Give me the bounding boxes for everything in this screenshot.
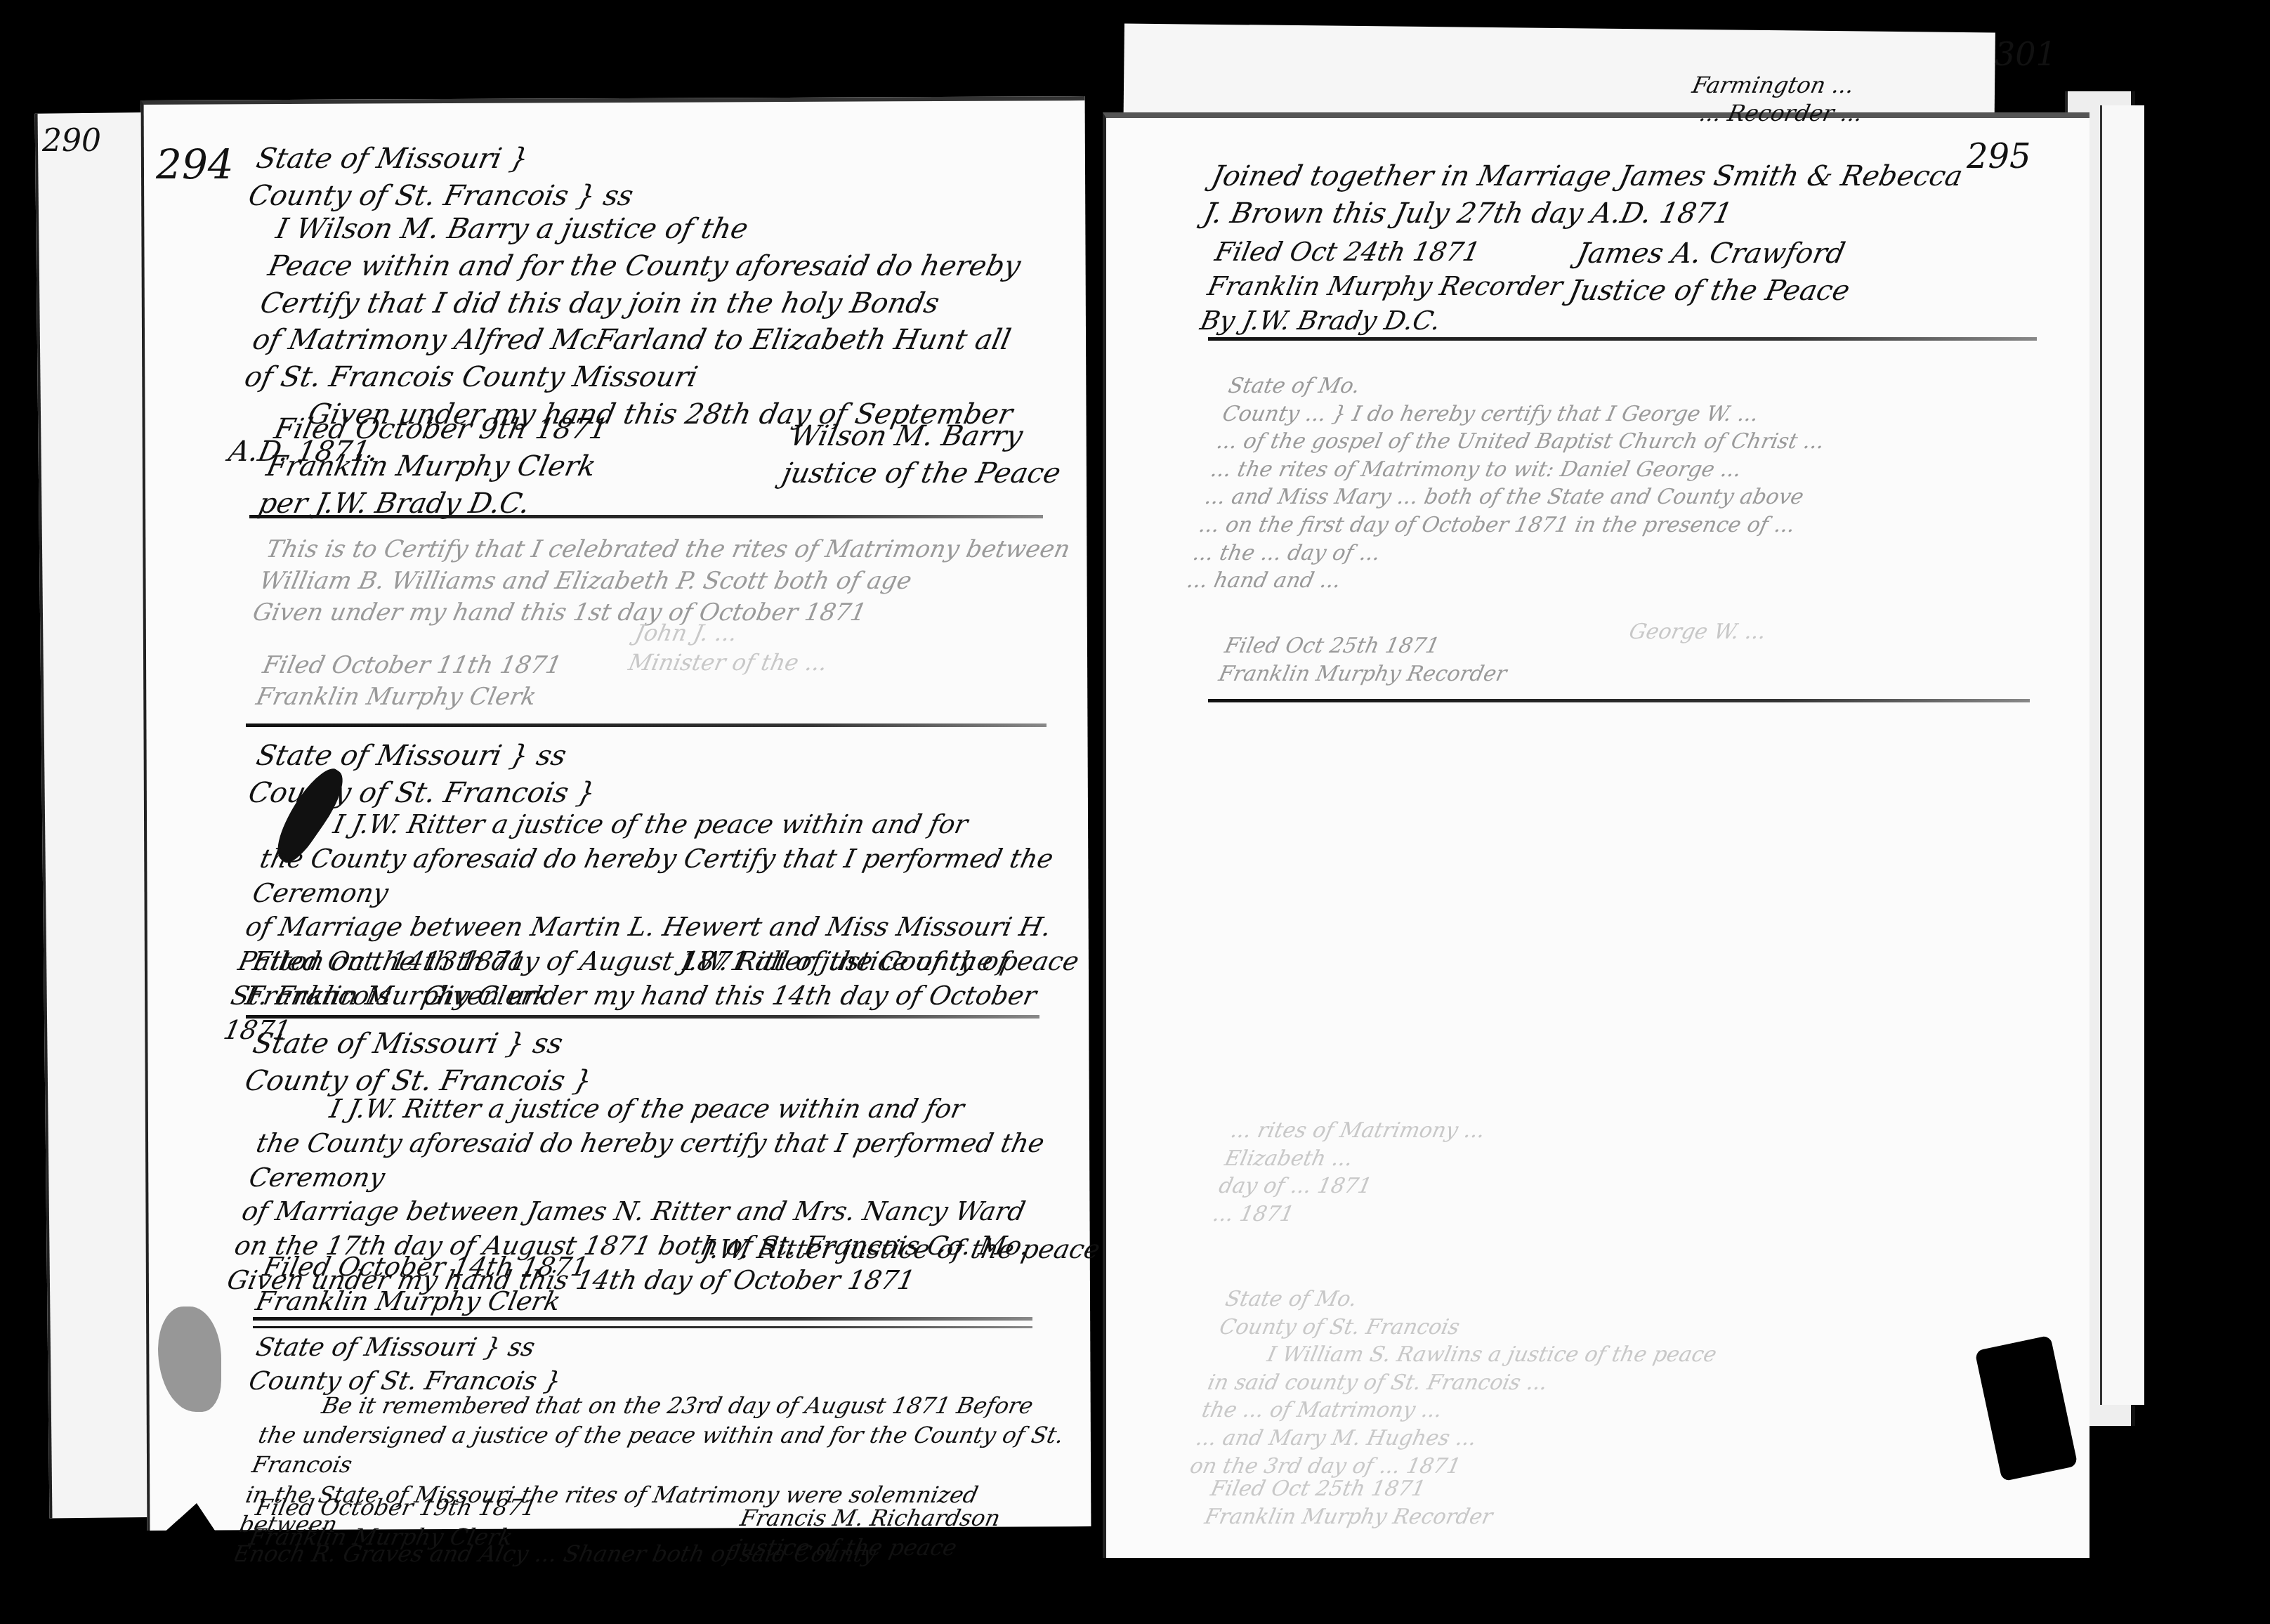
entry-1-filed: Filed October 9th 1871 Franklin Murphy C… (255, 411, 611, 522)
entry-divider (253, 1326, 1032, 1328)
entry-divider (249, 515, 1043, 518)
right-entry-1-body: Joined together in Marriage James Smith … (1200, 158, 2023, 233)
right-entry-1-filed: Filed Oct 24th 1871 Franklin Murphy Reco… (1197, 235, 1573, 338)
top-strip-line-2: ... Recorder ... (1697, 98, 1866, 128)
entry-3-filed: Filed Oct. 14th 1871 Franklin Murphy Cle… (242, 945, 560, 1014)
left-page-number: 294 (156, 140, 234, 188)
entry-divider (246, 1015, 1039, 1019)
entry-divider (246, 723, 1047, 727)
entry-divider (1208, 337, 2037, 341)
right-entry-4-filed: Filed Oct 25th 1871 Franklin Murphy Reco… (1202, 1475, 1502, 1531)
entry-4-filed: Filed October 14th 1871 Franklin Murphy … (253, 1250, 591, 1319)
entry-5-filed: Filed October 19th 1871 Franklin Murphy … (247, 1493, 539, 1552)
entry-3-signature: J.W. Ritter justice of the peace (678, 945, 1082, 979)
entry-2-signature: John J. ... Minister of the ... (626, 618, 837, 677)
top-strip-line-1: Farmington ... (1690, 70, 1857, 100)
entry-4-signature: J.W. Ritter justice of the peace (699, 1233, 1103, 1267)
entry-divider (253, 1317, 1032, 1321)
entry-1-heading: State of Missouri } County of St. Franco… (245, 140, 645, 215)
entry-5-signature: Francis M. Richardson justice of the pea… (731, 1503, 1003, 1562)
right-entry-4-body: State of Mo. County of St. Francois I Wi… (1188, 1285, 2058, 1480)
corner-page-number: 301 (1995, 35, 2056, 73)
right-entry-3-body: ... rites of Matrimony ... Elizabeth ...… (1210, 1117, 2042, 1228)
right-entry-1-signature: James A. Crawford Justice of the Peace (1566, 235, 1861, 310)
entry-divider (1208, 699, 2030, 702)
entry-1-signature: Wilson M. Barry justice of the Peace (779, 418, 1072, 492)
page-edges-right-inner (2100, 105, 2144, 1405)
right-entry-2-filed: Filed Oct 25th 1871 Franklin Murphy Reco… (1216, 632, 1516, 688)
entry-5-heading: State of Missouri } ss County of St. Fra… (246, 1331, 572, 1398)
entry-2-filed: Filed October 11th 1871 Franklin Murphy … (253, 650, 564, 713)
underlying-page-number: 290 (42, 123, 101, 159)
right-entry-2-body: State of Mo. County ... } I do hereby ce… (1184, 372, 2060, 595)
entry-4-heading: State of Missouri } ss County of St. Fra… (242, 1026, 603, 1100)
entry-2-body: This is to Certify that I celebrated the… (250, 534, 1078, 629)
right-entry-2-signature: George W. ... (1627, 618, 1769, 646)
